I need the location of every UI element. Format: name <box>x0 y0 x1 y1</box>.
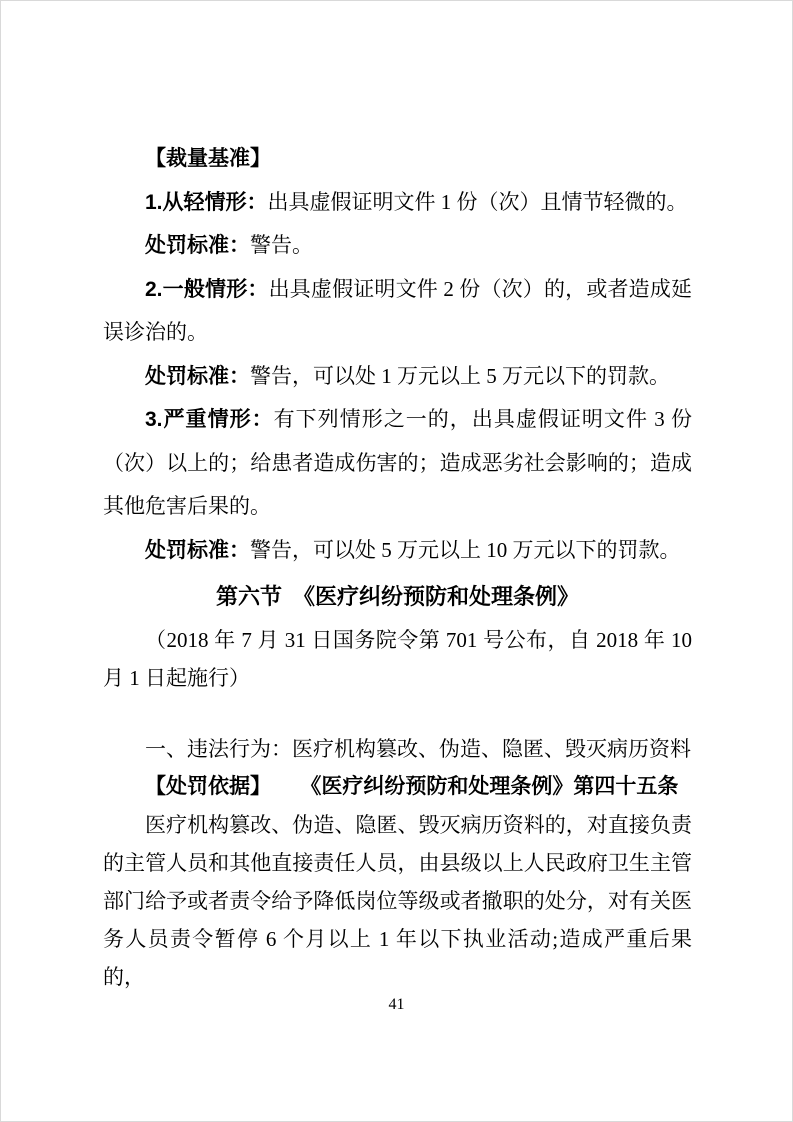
item-label: 处罚标准： <box>145 539 250 562</box>
item-label: 3.严重情形： <box>145 408 274 431</box>
document-page: 【裁量基准】 1.从轻情形：出具虚假证明文件 1 份（次）且情节轻微的。 处罚标… <box>0 0 793 1122</box>
item-label: 2.一般情形： <box>145 278 269 301</box>
item-label: 1.从轻情形： <box>145 191 268 214</box>
discretion-item-severe-penalty: 处罚标准：警告，可以处 5 万元以上 10 万元以下的罚款。 <box>103 529 692 573</box>
discretion-item-lenient: 1.从轻情形：出具虚假证明文件 1 份（次）且情节轻微的。 <box>103 181 692 225</box>
item-text: 出具虚假证明文件 1 份（次）且情节轻微的。 <box>268 190 688 214</box>
penalty-basis-line: 【处罚依据】《医疗纠纷预防和处理条例》第四十五条 <box>103 768 692 806</box>
page-number: 41 <box>1 995 792 1015</box>
item-text: 警告。 <box>250 233 313 257</box>
penalty-basis-reference: 《医疗纠纷预防和处理条例》第四十五条 <box>311 775 679 798</box>
section-heading: 第六节 《医疗纠纷预防和处理条例》 <box>103 575 692 619</box>
penalty-basis-label: 【处罚依据】 <box>145 775 271 798</box>
discretion-heading: 【裁量基准】 <box>145 147 271 170</box>
discretion-item-general: 2.一般情形：出具虚假证明文件 2 份（次）的，或者造成延误诊治的。 <box>103 268 692 355</box>
discretion-heading-paragraph: 【裁量基准】 <box>103 137 692 181</box>
item-text: 警告，可以处 5 万元以上 10 万元以下的罚款。 <box>250 538 681 562</box>
discretion-item-severe: 3.严重情形：有下列情形之一的，出具虚假证明文件 3 份（次）以上的；给患者造成… <box>103 398 692 529</box>
page-content: 【裁量基准】 1.从轻情形：出具虚假证明文件 1 份（次）且情节轻微的。 处罚标… <box>103 137 692 996</box>
item-text: 警告，可以处 1 万元以上 5 万元以下的罚款。 <box>250 364 670 388</box>
article-body-paragraph: 医疗机构篡改、伪造、隐匿、毁灭病历资料的，对直接负责的主管人员和其他直接责任人员… <box>103 806 692 996</box>
item-label: 处罚标准： <box>145 234 250 257</box>
discretion-item-lenient-penalty: 处罚标准：警告。 <box>103 224 692 268</box>
discretion-item-general-penalty: 处罚标准：警告，可以处 1 万元以上 5 万元以下的罚款。 <box>103 355 692 399</box>
violation-line: 一、违法行为：医疗机构篡改、伪造、隐匿、毁灭病历资料 <box>103 730 692 768</box>
item-label: 处罚标准： <box>145 365 250 388</box>
promulgation-note: （2018 年 7 月 31 日国务院令第 701 号公布，自 2018 年 1… <box>103 621 692 697</box>
